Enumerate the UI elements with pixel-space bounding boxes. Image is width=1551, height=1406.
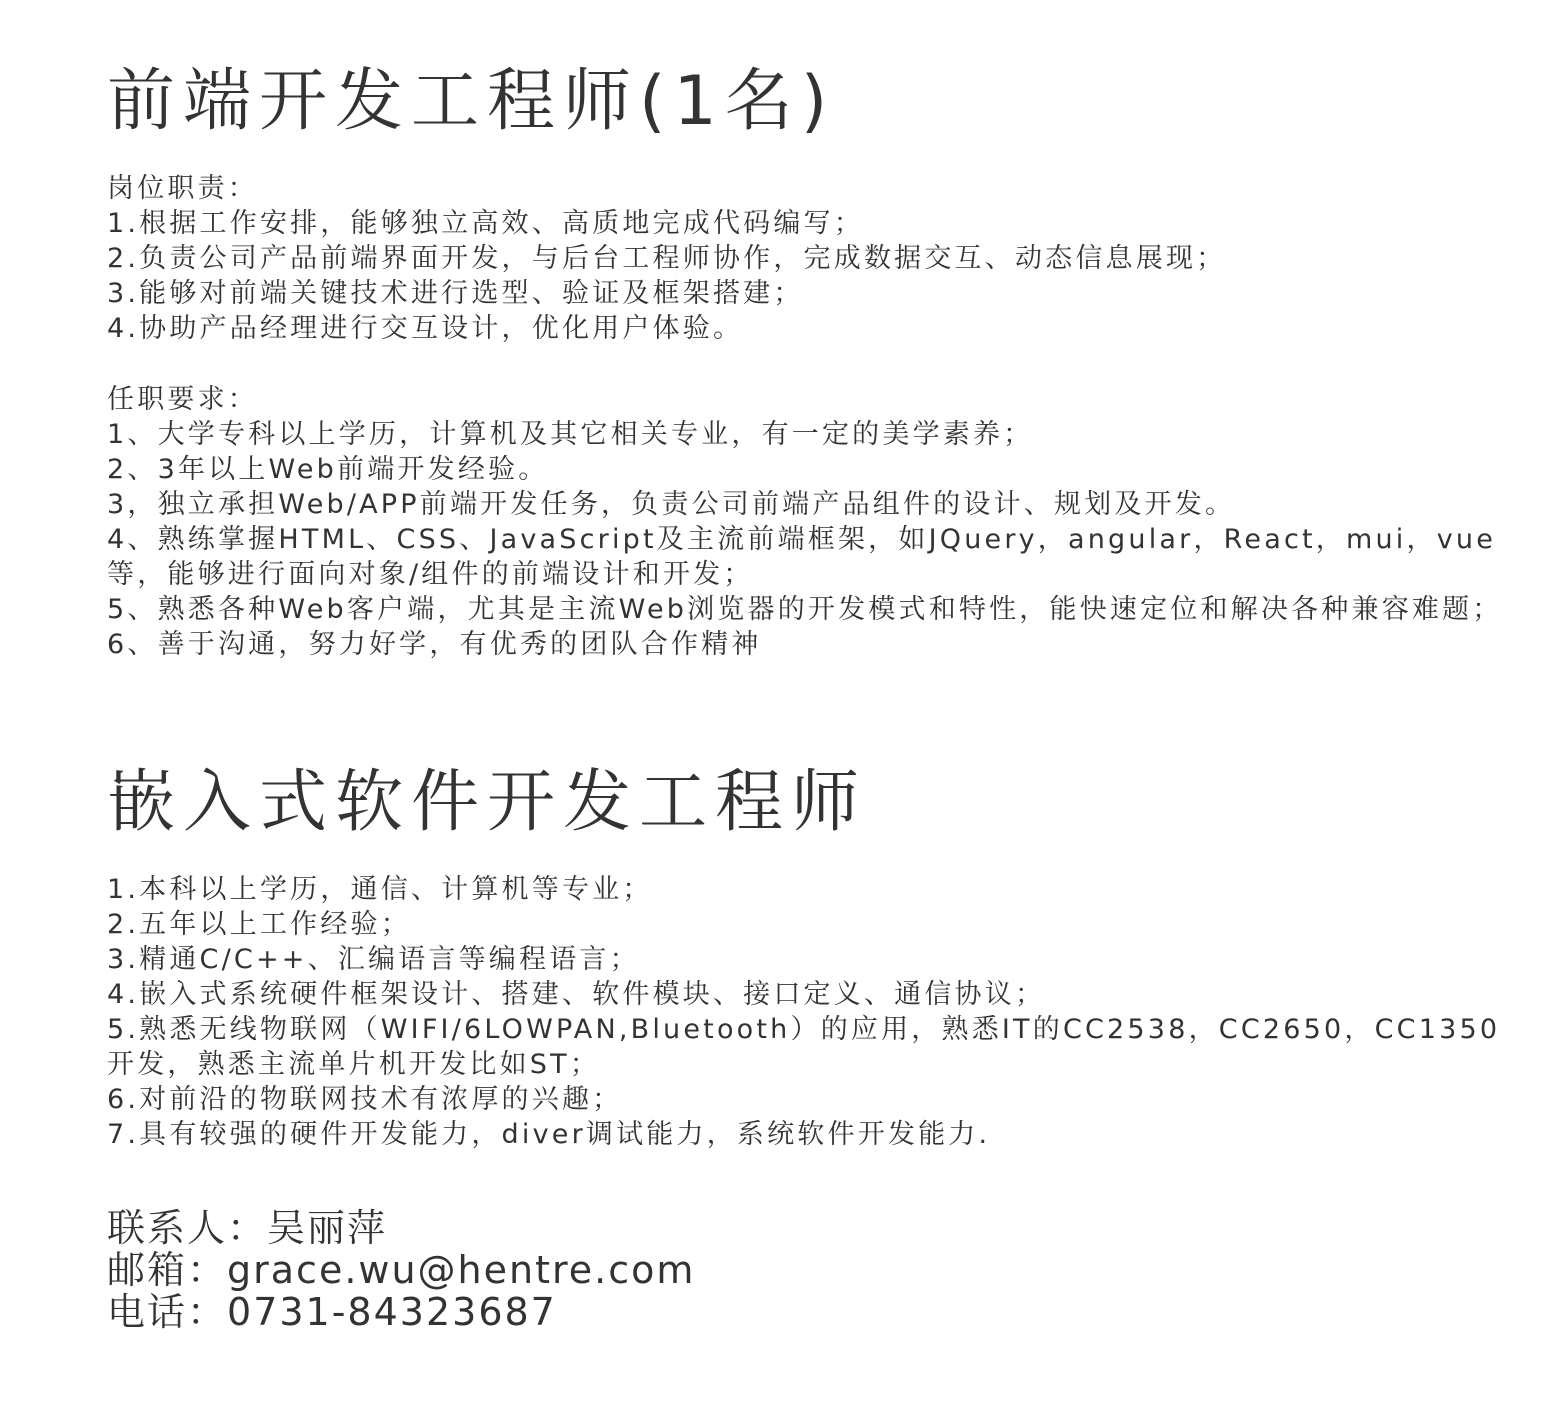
embedded-item: 5.熟悉无线物联网（WIFI/6LOWPAN,Bluetooth）的应用，熟悉I… (107, 1012, 1527, 1082)
contact-phone-label: 电话： (107, 1290, 227, 1334)
requirements-heading: 任职要求： (107, 382, 1527, 417)
contact-person: 联系人：吴丽萍 (107, 1207, 695, 1249)
embedded-item: 1.本科以上学历，通信、计算机等专业； (107, 872, 1527, 907)
requirement-item: 1、大学专科以上学历，计算机及其它相关专业，有一定的美学素养； (107, 417, 1527, 452)
requirement-item: 5、熟悉各种Web客户端，尤其是主流Web浏览器的开发模式和特性，能快速定位和解… (107, 592, 1527, 627)
contact-phone-value: 0731-84323687 (227, 1290, 557, 1334)
requirement-item: 4、熟练掌握HTML、CSS、JavaScript及主流前端框架，如JQuery… (107, 522, 1527, 592)
duties-heading: 岗位职责： (107, 171, 1527, 206)
frontend-requirements-section: 任职要求： 1、大学专科以上学历，计算机及其它相关专业，有一定的美学素养； 2、… (107, 382, 1527, 662)
duty-item: 4.协助产品经理进行交互设计，优化用户体验。 (107, 311, 1527, 346)
embedded-requirements-section: 1.本科以上学历，通信、计算机等专业； 2.五年以上工作经验； 3.精通C/C+… (107, 872, 1527, 1152)
embedded-item: 2.五年以上工作经验； (107, 907, 1527, 942)
requirement-item: 3，独立承担Web/APP前端开发任务，负责公司前端产品组件的设计、规划及开发。 (107, 487, 1527, 522)
requirement-item: 2、3年以上Web前端开发经验。 (107, 452, 1527, 487)
embedded-job-title: 嵌入式软件开发工程师 (107, 763, 867, 843)
duty-item: 1.根据工作安排，能够独立高效、高质地完成代码编写； (107, 206, 1527, 241)
embedded-item: 7.具有较强的硬件开发能力，diver调试能力，系统软件开发能力. (107, 1117, 1527, 1152)
embedded-item: 6.对前沿的物联网技术有浓厚的兴趣； (107, 1082, 1527, 1117)
frontend-duties-section: 岗位职责： 1.根据工作安排，能够独立高效、高质地完成代码编写； 2.负责公司产… (107, 171, 1527, 346)
contact-email-value[interactable]: grace.wu@hentre.com (227, 1248, 695, 1292)
contact-phone: 电话：0731-84323687 (107, 1291, 695, 1333)
embedded-item: 4.嵌入式系统硬件框架设计、搭建、软件模块、接口定义、通信协议； (107, 977, 1527, 1012)
duty-item: 3.能够对前端关键技术进行选型、验证及框架搭建； (107, 276, 1527, 311)
contact-person-value: 吴丽萍 (267, 1206, 387, 1250)
contact-email: 邮箱：grace.wu@hentre.com (107, 1249, 695, 1291)
contact-person-label: 联系人： (107, 1206, 267, 1250)
frontend-job-title: 前端开发工程师(1名) (107, 62, 835, 142)
embedded-item: 3.精通C/C++、汇编语言等编程语言； (107, 942, 1527, 977)
requirement-item: 6、善于沟通，努力好学，有优秀的团队合作精神 (107, 627, 1527, 662)
contact-section: 联系人：吴丽萍 邮箱：grace.wu@hentre.com 电话：0731-8… (107, 1207, 695, 1333)
contact-email-label: 邮箱： (107, 1248, 227, 1292)
duty-item: 2.负责公司产品前端界面开发，与后台工程师协作，完成数据交互、动态信息展现； (107, 241, 1527, 276)
